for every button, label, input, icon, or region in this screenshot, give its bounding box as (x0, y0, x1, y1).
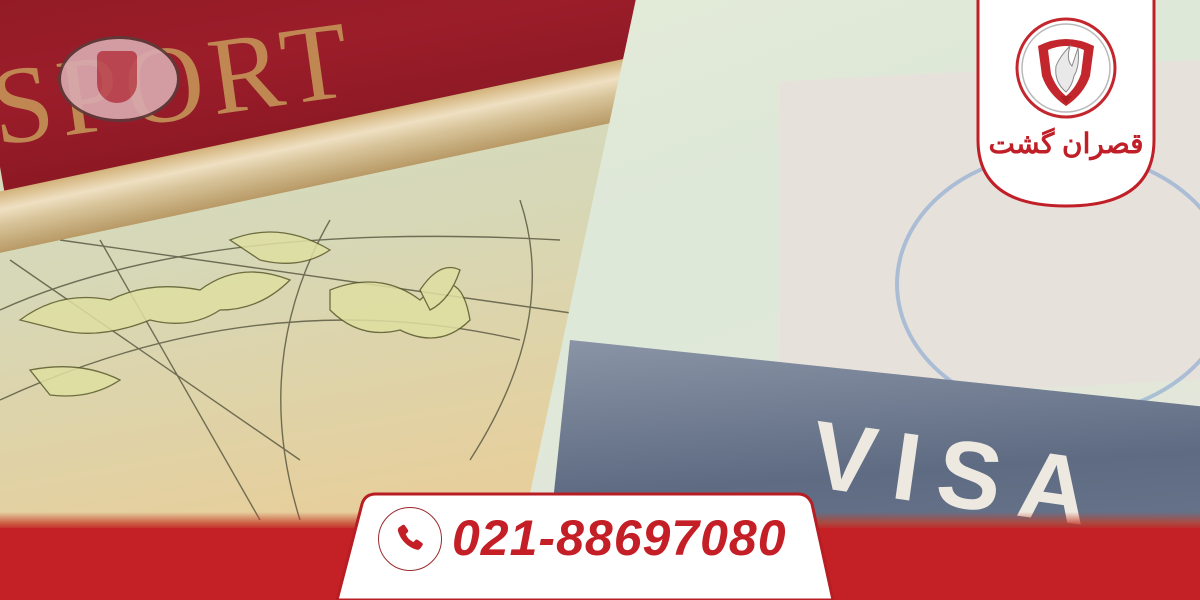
phone-icon-circle[interactable] (378, 507, 442, 571)
map-lines (0, 200, 620, 520)
phone-icon (393, 522, 427, 556)
phone-number[interactable]: 021-88697080 (452, 506, 787, 570)
winged-emblem-shield-icon (1014, 16, 1118, 120)
brand-name: قصران گشت (980, 124, 1152, 164)
passport-watermark-logo-icon (58, 36, 180, 122)
promo-banner: SPORT VISA 021-88697080 قصران گشت (0, 0, 1200, 600)
